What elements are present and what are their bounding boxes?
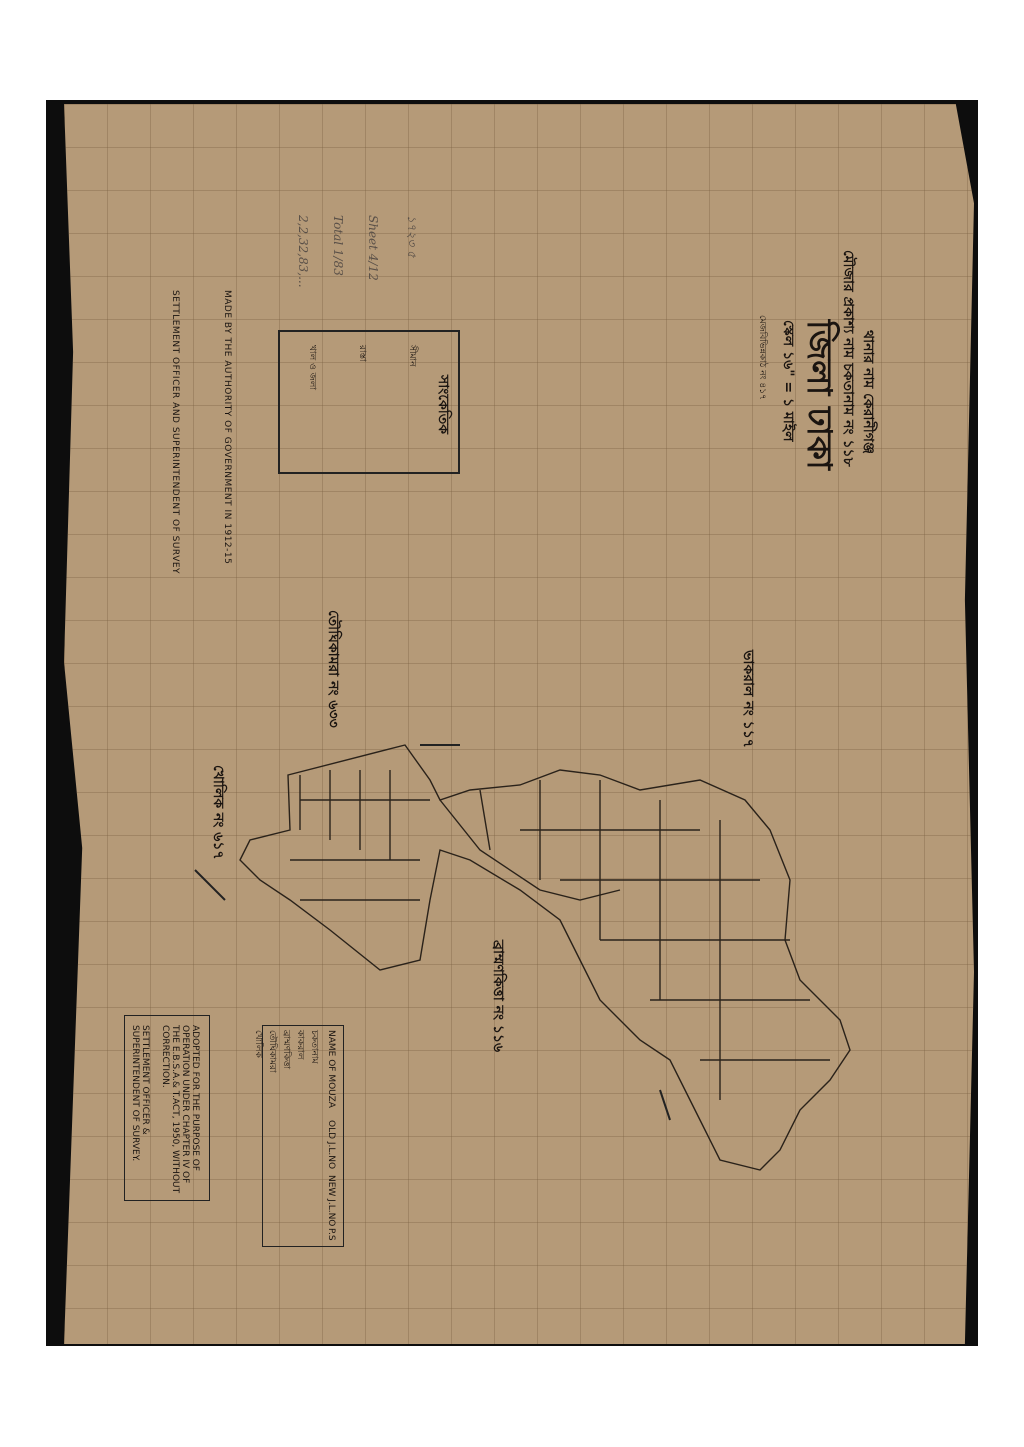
table-row: তৌঘিকামরা <box>265 1030 280 1073</box>
table-row: ব্রাম্মণকিত্তা <box>279 1030 294 1069</box>
table-header: NAME OF MOUZA <box>326 1030 336 1108</box>
table-row: চকতানাম <box>307 1030 322 1064</box>
table-header: NEW J.L.NO <box>326 1175 336 1226</box>
pencil-note: Total 1/83 <box>331 215 345 276</box>
pencil-note: Sheet 4/12 <box>366 215 380 281</box>
adoption-text: ADOPTED FOR THE PURPOSE OF OPERATION UND… <box>160 1025 200 1195</box>
table-header: P.S <box>326 1228 336 1241</box>
parcel-map <box>0 0 1024 1447</box>
table-row: কাকরাল <box>293 1030 308 1059</box>
table-header: OLD J.L.NO <box>326 1120 336 1169</box>
adoption-signatory: SETTLEMENT OFFICER & SUPERINTENDENT OF S… <box>130 1025 150 1195</box>
pencil-note: ১৭২৩ ৫ <box>400 215 420 258</box>
table-row: খোলিক <box>251 1030 266 1058</box>
pencil-note: 2,2,32,83,... <box>296 215 310 288</box>
